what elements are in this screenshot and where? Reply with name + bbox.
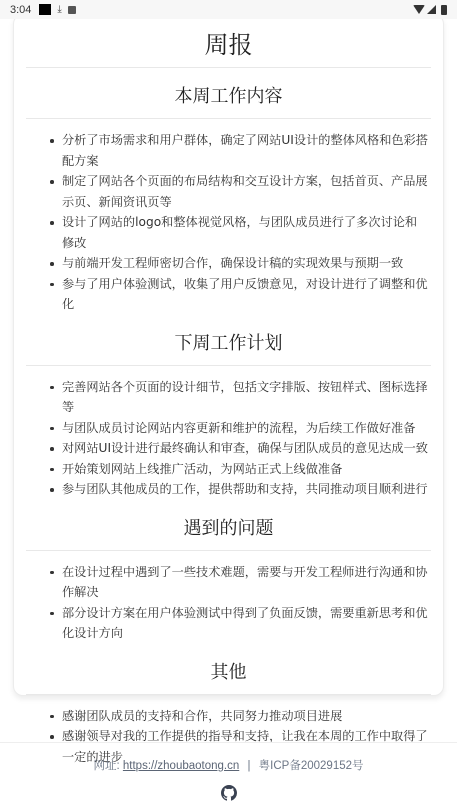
site-url-link[interactable]: https://zhoubaotong.cn — [123, 760, 239, 772]
item-list: 分析了市场需求和用户群体，确定了网站UI设计的整体风格和色彩搭配方案 制定了网站… — [26, 119, 431, 315]
a-badge-icon — [68, 6, 76, 14]
report-title: 周报 — [26, 15, 431, 67]
footer-info: 网址: https://zhoubaotong.cn | 粤ICP备200291… — [0, 757, 457, 773]
site-label: 网址: — [93, 760, 119, 772]
signal-icon — [427, 5, 436, 14]
icp-record[interactable]: 粤ICP备20029152号 — [259, 760, 364, 772]
section-title: 下周工作计划 — [26, 315, 431, 365]
list-item: 设计了网站的logo和整体视觉风格，与团队成员进行了多次讨论和修改 — [48, 212, 431, 253]
section-next-week: 下周工作计划 完善网站各个页面的设计细节，包括文字排版、按钮样式、图标选择等 与… — [26, 315, 431, 500]
item-list: 完善网站各个页面的设计细节，包括文字排版、按钮样式、图标选择等 与团队成员讨论网… — [26, 366, 431, 500]
section-this-week: 本周工作内容 分析了市场需求和用户群体，确定了网站UI设计的整体风格和色彩搭配方… — [26, 68, 431, 315]
section-title: 遇到的问题 — [26, 500, 431, 550]
status-time: 3:04 — [10, 4, 31, 16]
section-problems: 遇到的问题 在设计过程中遇到了一些技术难题，需要与开发工程师进行沟通和协作解决 … — [26, 500, 431, 644]
status-bar: 3:04 ⤓ — [0, 0, 457, 19]
footer-separator: | — [247, 760, 250, 772]
page-footer: 网址: https://zhoubaotong.cn | 粤ICP备200291… — [0, 742, 457, 812]
list-item: 制定了网站各个页面的布局结构和交互设计方案，包括首页、产品展示页、新闻资讯页等 — [48, 171, 431, 212]
status-notification-icons: ⤓ — [39, 4, 75, 15]
github-icon[interactable] — [221, 785, 237, 805]
download-icon: ⤓ — [57, 5, 61, 15]
list-item: 分析了市场需求和用户群体，确定了网站UI设计的整体风格和色彩搭配方案 — [48, 130, 431, 171]
item-list: 在设计过程中遇到了一些技术难题，需要与开发工程师进行沟通和协作解决 部分设计方案… — [26, 551, 431, 644]
battery-icon — [441, 5, 447, 15]
list-item: 感谢团队成员的支持和合作，共同努力推动项目进展 — [48, 706, 431, 727]
list-item: 参与了用户体验测试，收集了用户反馈意见，对设计进行了调整和优化 — [48, 274, 431, 315]
list-item: 对网站UI设计进行最终确认和审查，确保与团队成员的意见达成一致 — [48, 438, 431, 459]
status-system-icons — [413, 5, 447, 15]
list-item: 开始策划网站上线推广活动，为网站正式上线做准备 — [48, 459, 431, 480]
black-square-icon — [39, 4, 51, 15]
report-card: 周报 本周工作内容 分析了市场需求和用户群体，确定了网站UI设计的整体风格和色彩… — [13, 14, 444, 696]
list-item: 部分设计方案在用户体验测试中得到了负面反馈，需要重新思考和优化设计方向 — [48, 603, 431, 644]
list-item: 参与团队其他成员的工作，提供帮助和支持，共同推动项目顺利进行 — [48, 479, 431, 500]
list-item: 与团队成员讨论网站内容更新和维护的流程，为后续工作做好准备 — [48, 418, 431, 439]
list-item: 完善网站各个页面的设计细节，包括文字排版、按钮样式、图标选择等 — [48, 377, 431, 418]
section-title: 其他 — [26, 644, 431, 694]
section-title: 本周工作内容 — [26, 68, 431, 118]
wifi-icon — [413, 5, 425, 14]
list-item: 与前端开发工程师密切合作，确保设计稿的实现效果与预期一致 — [48, 253, 431, 274]
list-item: 在设计过程中遇到了一些技术难题，需要与开发工程师进行沟通和协作解决 — [48, 562, 431, 603]
